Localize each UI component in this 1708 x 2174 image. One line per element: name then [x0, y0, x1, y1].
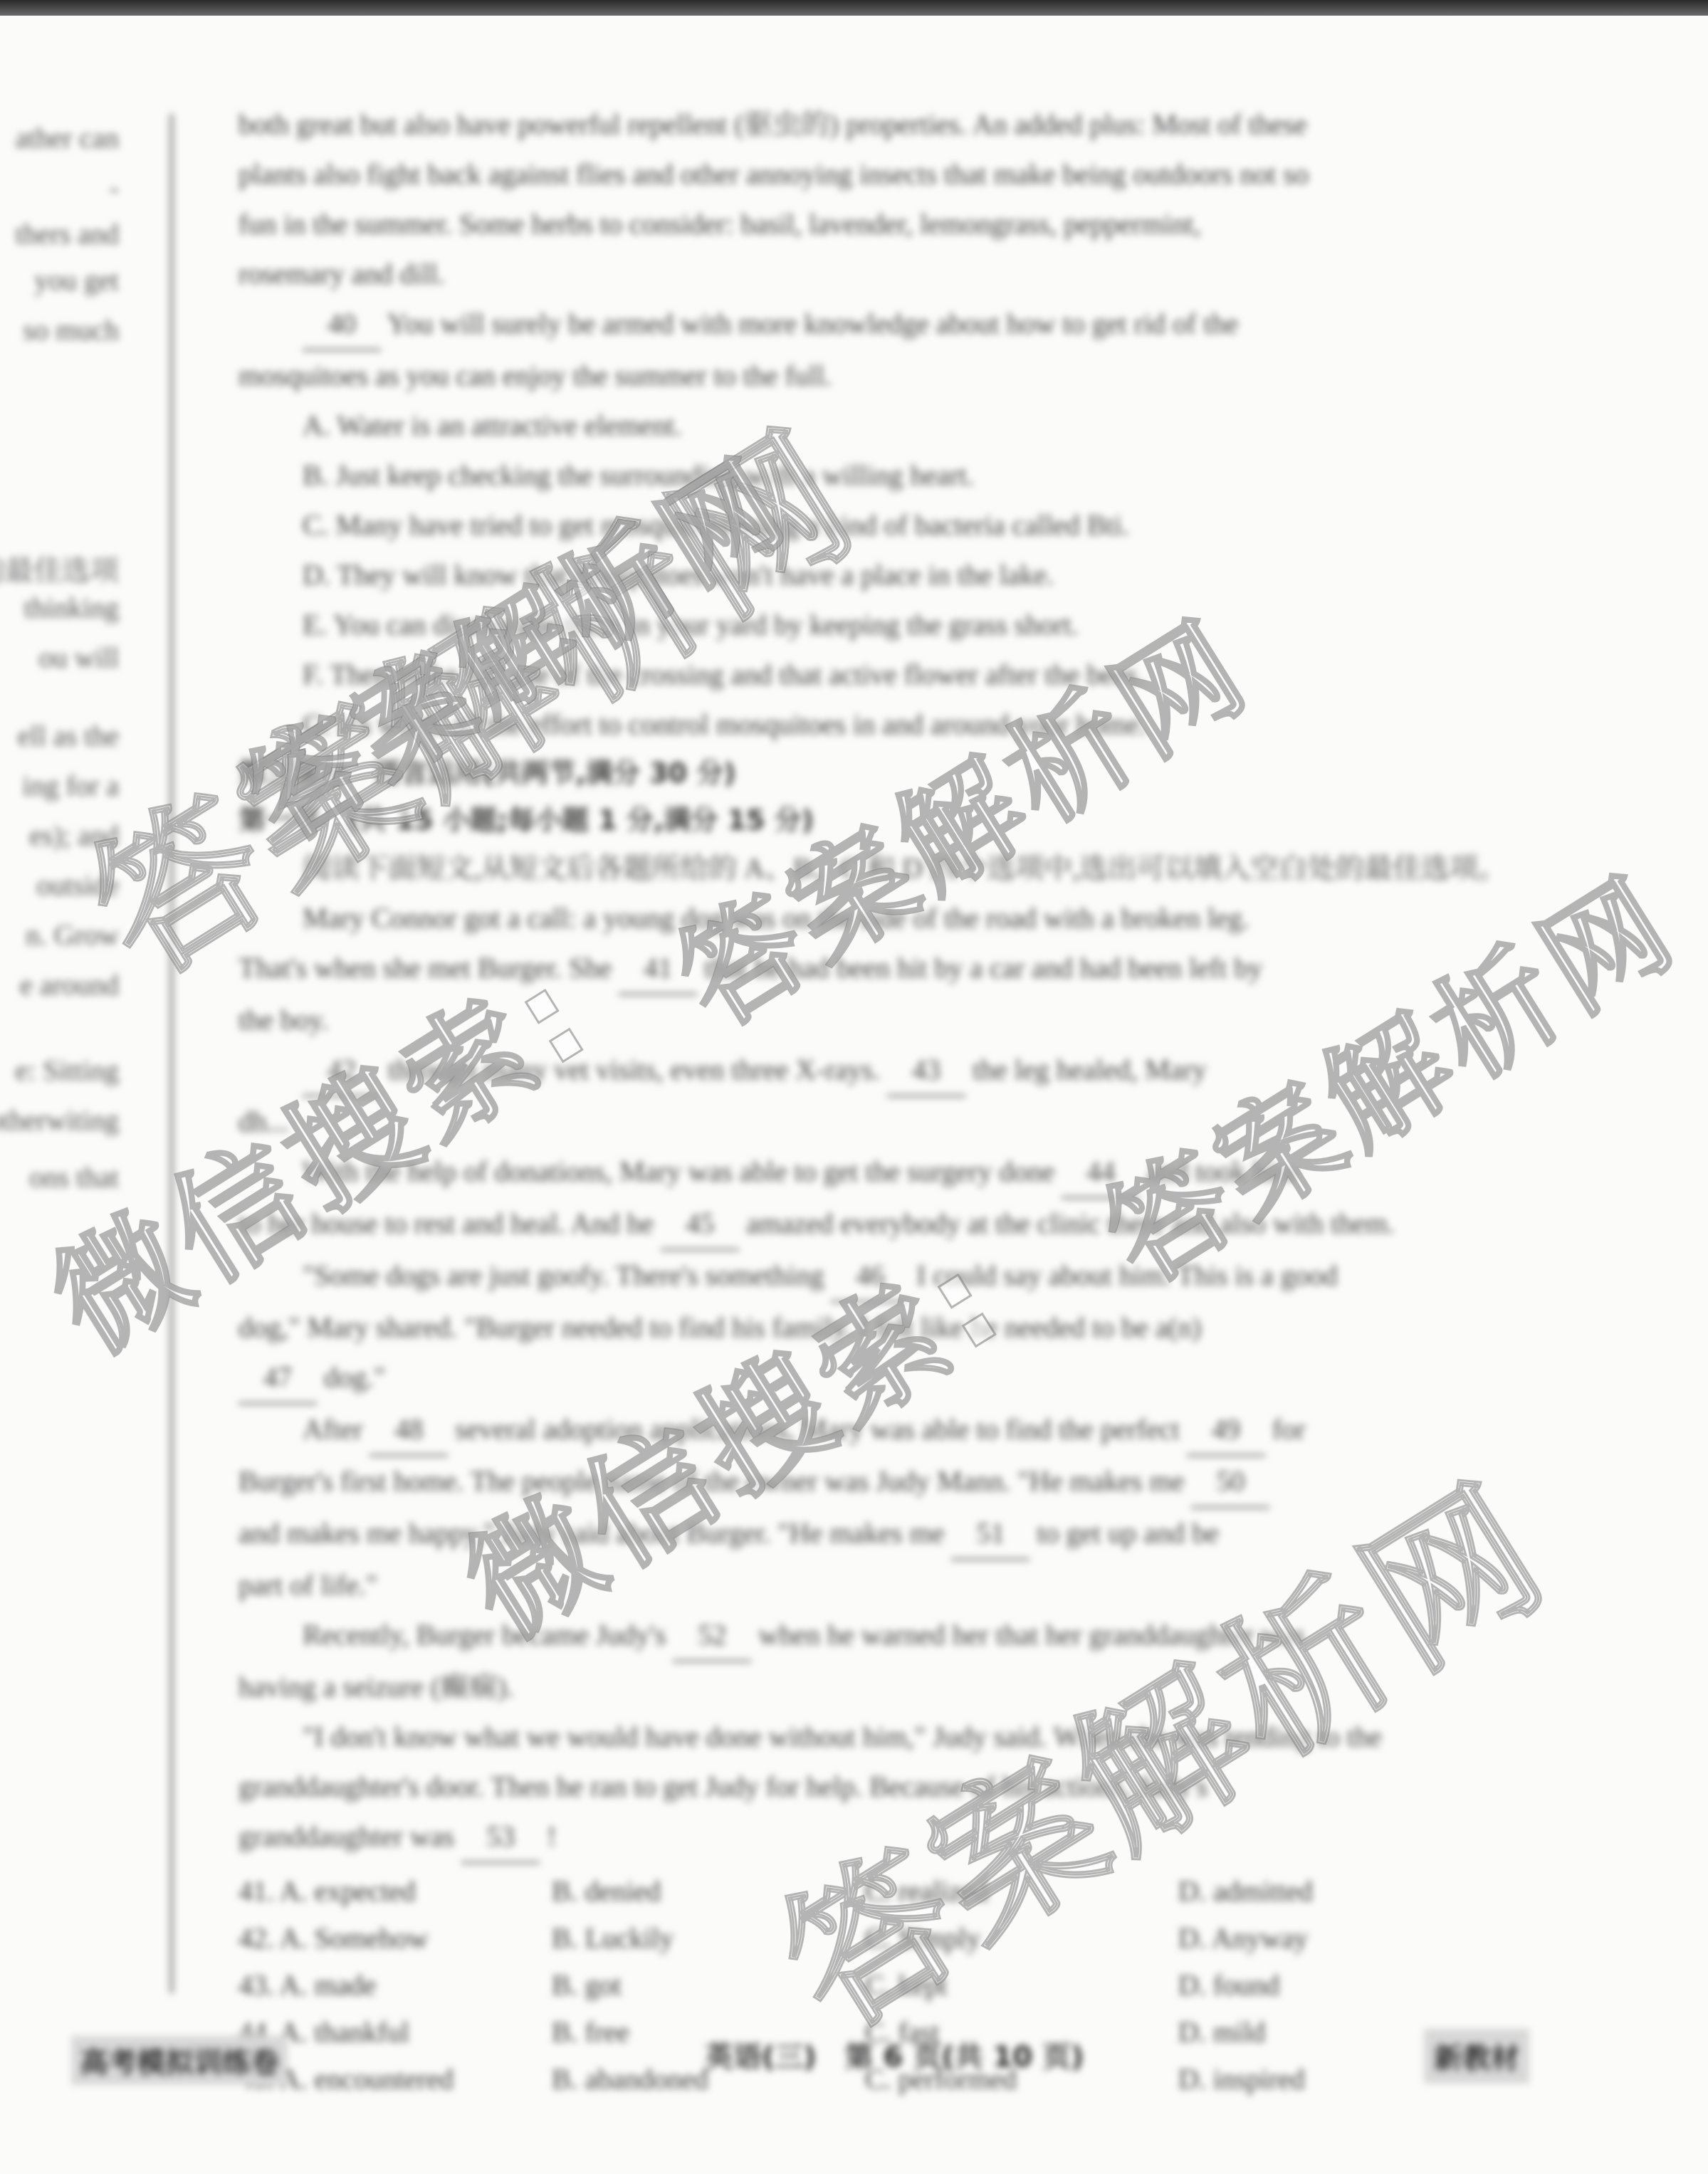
left-column-fragment: otherwiting [0, 1103, 119, 1137]
answer-blank: 40 [303, 299, 381, 351]
passage-line: plants also fight back against flies and… [239, 149, 1527, 199]
cloze-blank: 53 [461, 1812, 540, 1864]
passage-line: 40 You will surely be armed with more kn… [239, 299, 1527, 351]
cloze-blank: 48 [370, 1404, 448, 1456]
answer-option: D. admitted [1178, 1868, 1492, 1915]
cloze-blank: 45 [661, 1199, 739, 1251]
left-column-fragment: ell as the [18, 719, 119, 752]
passage-line: mosquitoes as you can enjoy the summer t… [239, 351, 1527, 401]
passage-line: rosemary and dill. [239, 249, 1527, 299]
left-column-fragment: you get [34, 263, 119, 297]
edition-badge: 新教材 [1424, 2029, 1529, 2084]
answer-option: D. found [1178, 1962, 1492, 2009]
left-column-fragment: ather can [16, 121, 119, 154]
column-divider [169, 114, 174, 1993]
option-item: B. Just keep checking the surrounding wi… [239, 451, 1527, 500]
passage-line: both great but also have powerful repell… [239, 100, 1527, 149]
left-column-fragment: so much [23, 313, 119, 347]
left-column-fragment: thers and [15, 217, 119, 251]
left-column-fragment: thinking [24, 591, 119, 624]
left-column-fragment: e around [20, 968, 119, 1002]
left-column-fragment: 的最佳选项 [0, 548, 119, 589]
option-item: C. Many have tried to get mosquitoes usi… [239, 500, 1527, 550]
left-column-fragment: ou will [39, 641, 119, 674]
cloze-blank: 51 [951, 1508, 1029, 1560]
cloze-blank: 52 [673, 1610, 751, 1662]
left-column-fragment: - [110, 171, 119, 204]
cloze-blank: 49 [1187, 1404, 1265, 1456]
left-column-fragment: n. Grow [26, 918, 119, 952]
answer-option: 41. A. expected [239, 1868, 552, 1915]
option-item: A. Water is an attractive element. [239, 401, 1527, 451]
reading-passage: both great but also have powerful repell… [239, 100, 1527, 401]
answer-option: D. Anyway [1178, 1915, 1492, 1962]
left-column-fragment: e: Sitting [15, 1054, 119, 1087]
exam-series-label: 高考模拟训练卷 [71, 2036, 288, 2085]
cloze-blank: 47 [239, 1353, 317, 1404]
passage-line: fun in the summer. Some herbs to conside… [239, 199, 1527, 249]
cloze-blank: 43 [887, 1045, 965, 1097]
answer-option: 42. A. Somehow [239, 1915, 552, 1962]
cloze-blank: 50 [1191, 1456, 1269, 1508]
scan-edge-bar [0, 0, 1708, 16]
answer-option: 43. A. made [239, 1962, 552, 2009]
